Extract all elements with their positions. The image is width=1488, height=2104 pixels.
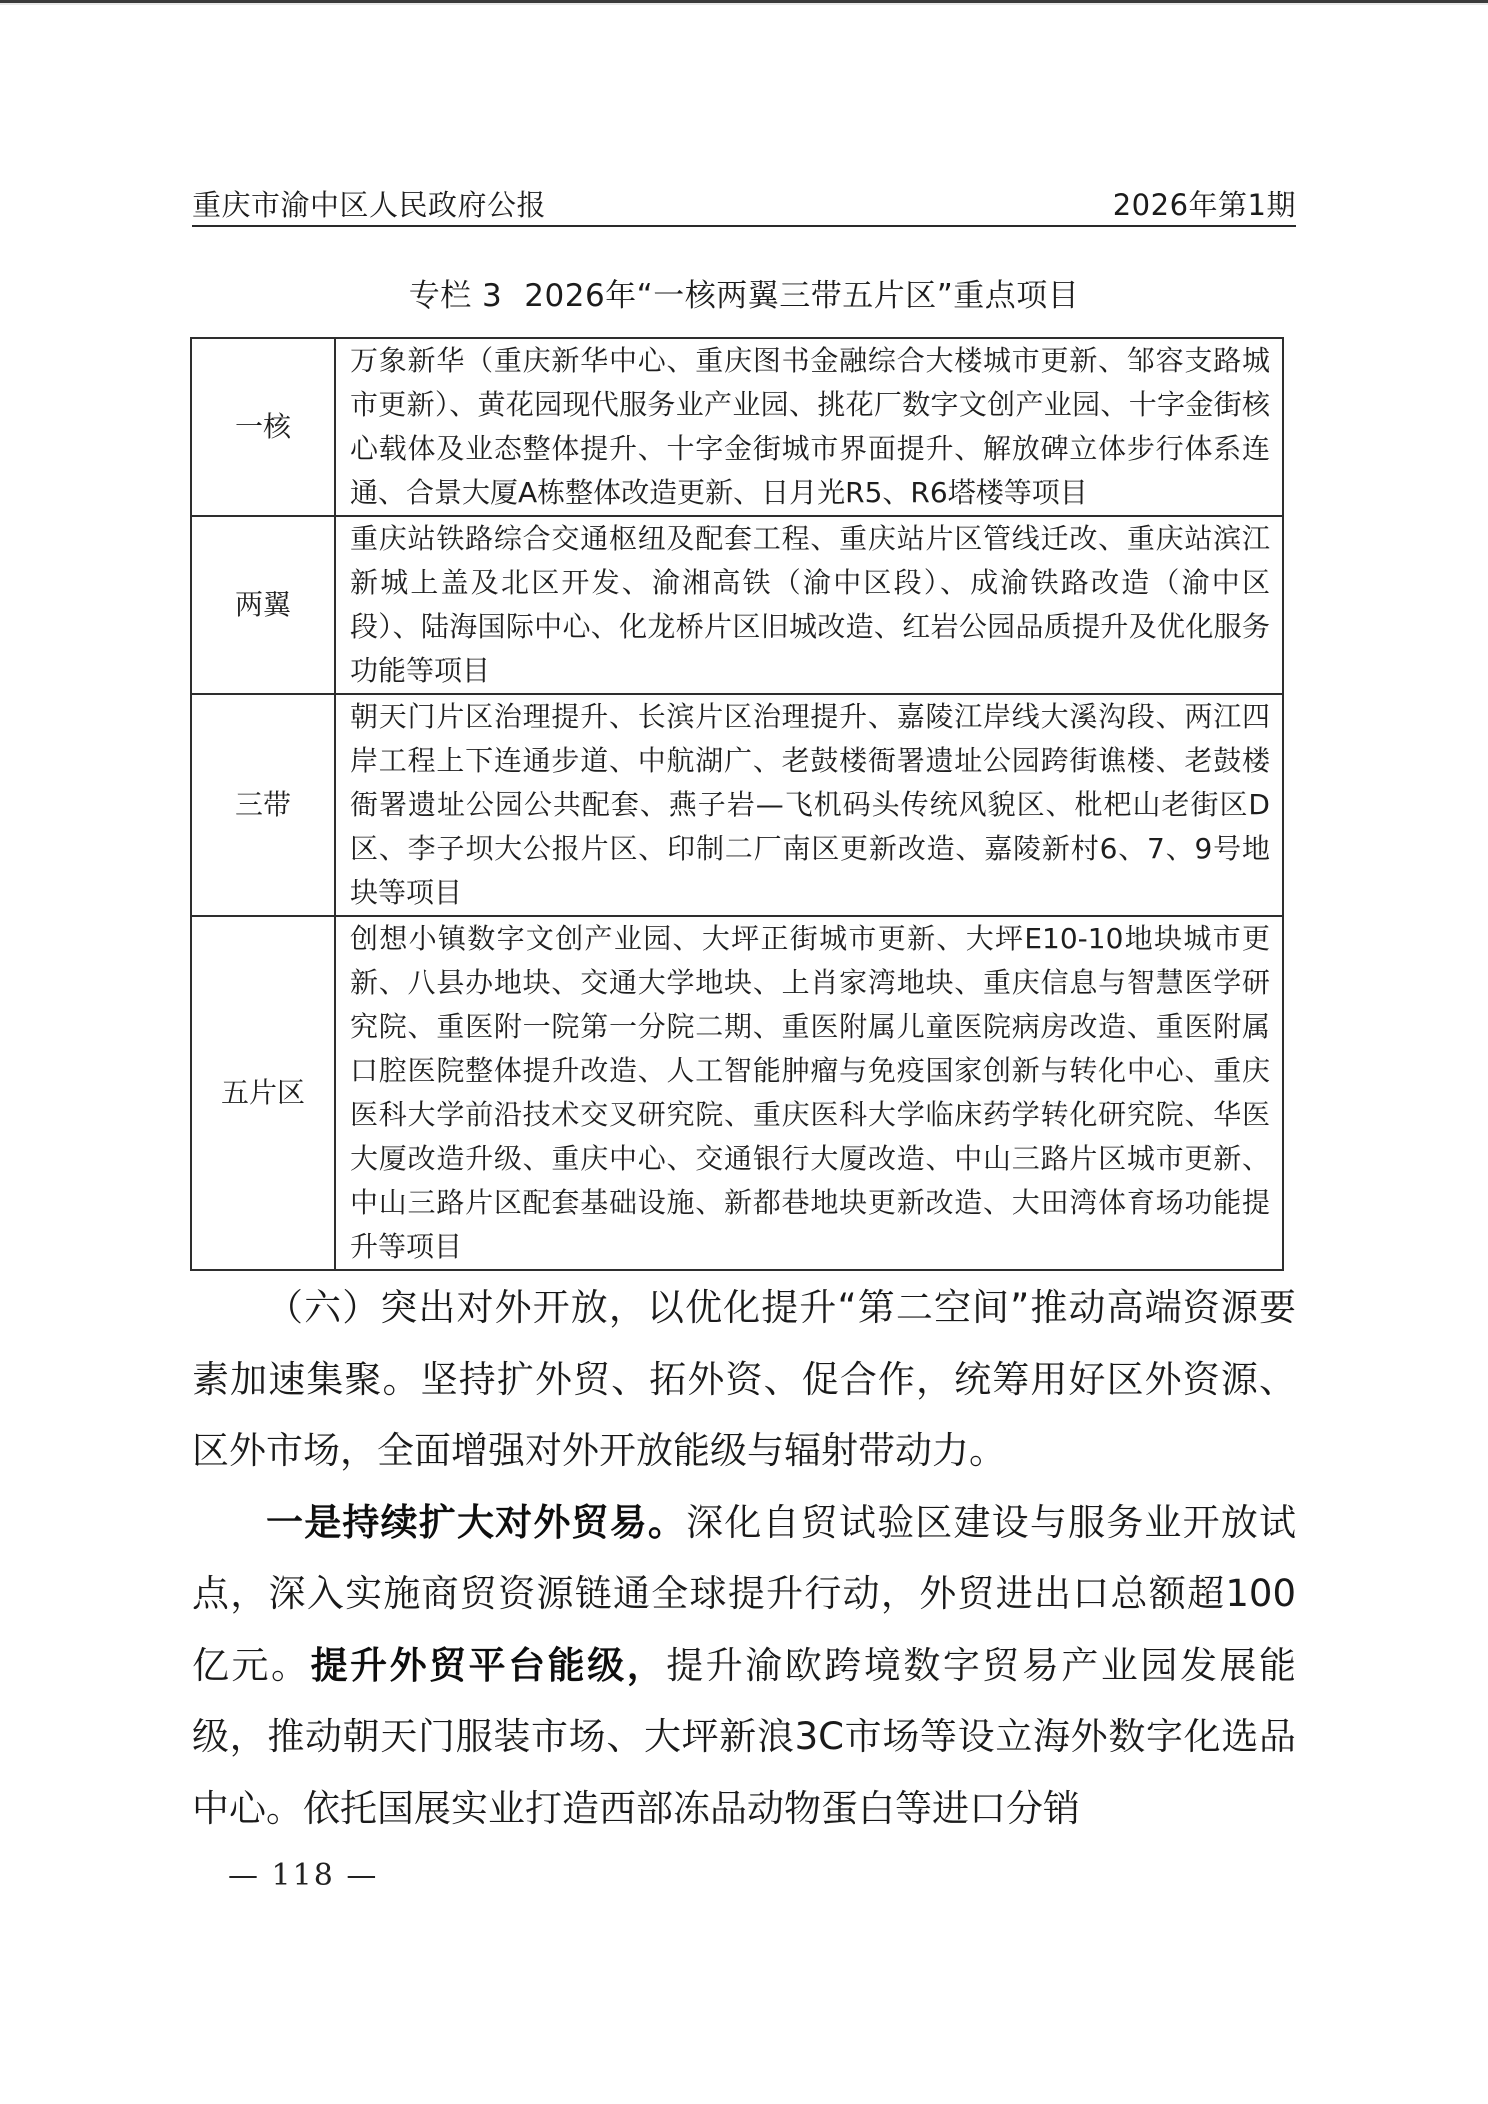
- column-title-text: 2026年“一核两翼三带五片区”重点项目: [524, 278, 1079, 314]
- header-rule: [192, 225, 1296, 227]
- bold-lead-foreign-trade: 一是持续扩大对外贸易。: [266, 1501, 686, 1544]
- category-cell: 一核: [191, 338, 335, 516]
- body-text: （六）突出对外开放，以优化提升“第二空间”推动高端资源要素加速集聚。坚持扩外贸、…: [192, 1272, 1296, 1844]
- category-cell: 两翼: [191, 516, 335, 694]
- table-row: 三带 朝天门片区治理提升、长滨片区治理提升、嘉陵江岸线大溪沟段、两江四岸工程上下…: [191, 694, 1283, 916]
- projects-cell: 朝天门片区治理提升、长滨片区治理提升、嘉陵江岸线大溪沟段、两江四岸工程上下连通步…: [335, 694, 1283, 916]
- category-cell: 三带: [191, 694, 335, 916]
- table-row: 五片区 创想小镇数字文创产业园、大坪正街城市更新、大坪E10-10地块城市更新、…: [191, 916, 1283, 1270]
- issue-number: 2026年第1期: [1113, 183, 1296, 224]
- projects-cell: 创想小镇数字文创产业园、大坪正街城市更新、大坪E10-10地块城市更新、八县办地…: [335, 916, 1283, 1270]
- running-header: 重庆市渝中区人民政府公报 2026年第1期: [192, 178, 1296, 224]
- publication-name: 重庆市渝中区人民政府公报: [192, 183, 546, 224]
- key-projects-table: 一核 万象新华（重庆新华中心、重庆图书金融综合大楼城市更新、邹容支路城市更新）、…: [190, 337, 1284, 1271]
- table-row: 两翼 重庆站铁路综合交通枢纽及配套工程、重庆站片区管线迁改、重庆站滨江新城上盖及…: [191, 516, 1283, 694]
- section-six-paragraph: （六）突出对外开放，以优化提升“第二空间”推动高端资源要素加速集聚。坚持扩外贸、…: [192, 1272, 1296, 1487]
- projects-cell: 万象新华（重庆新华中心、重庆图书金融综合大楼城市更新、邹容支路城市更新）、黄花园…: [335, 338, 1283, 516]
- category-cell: 五片区: [191, 916, 335, 1270]
- projects-cell: 重庆站铁路综合交通枢纽及配套工程、重庆站片区管线迁改、重庆站滨江新城上盖及北区开…: [335, 516, 1283, 694]
- foreign-trade-paragraph: 一是持续扩大对外贸易。深化自贸试验区建设与服务业开放试点，深入实施商贸资源链通全…: [192, 1487, 1296, 1845]
- column-title: 专栏 32026年“一核两翼三带五片区”重点项目: [0, 270, 1488, 315]
- page-top-edge-shadow: [0, 3, 1488, 5]
- table-row: 一核 万象新华（重庆新华中心、重庆图书金融综合大楼城市更新、邹容支路城市更新）、…: [191, 338, 1283, 516]
- bold-lead-platform: 提升外贸平台能级，: [311, 1644, 667, 1687]
- page-number: — 118 —: [228, 1858, 378, 1893]
- column-number: 专栏 3: [409, 278, 503, 314]
